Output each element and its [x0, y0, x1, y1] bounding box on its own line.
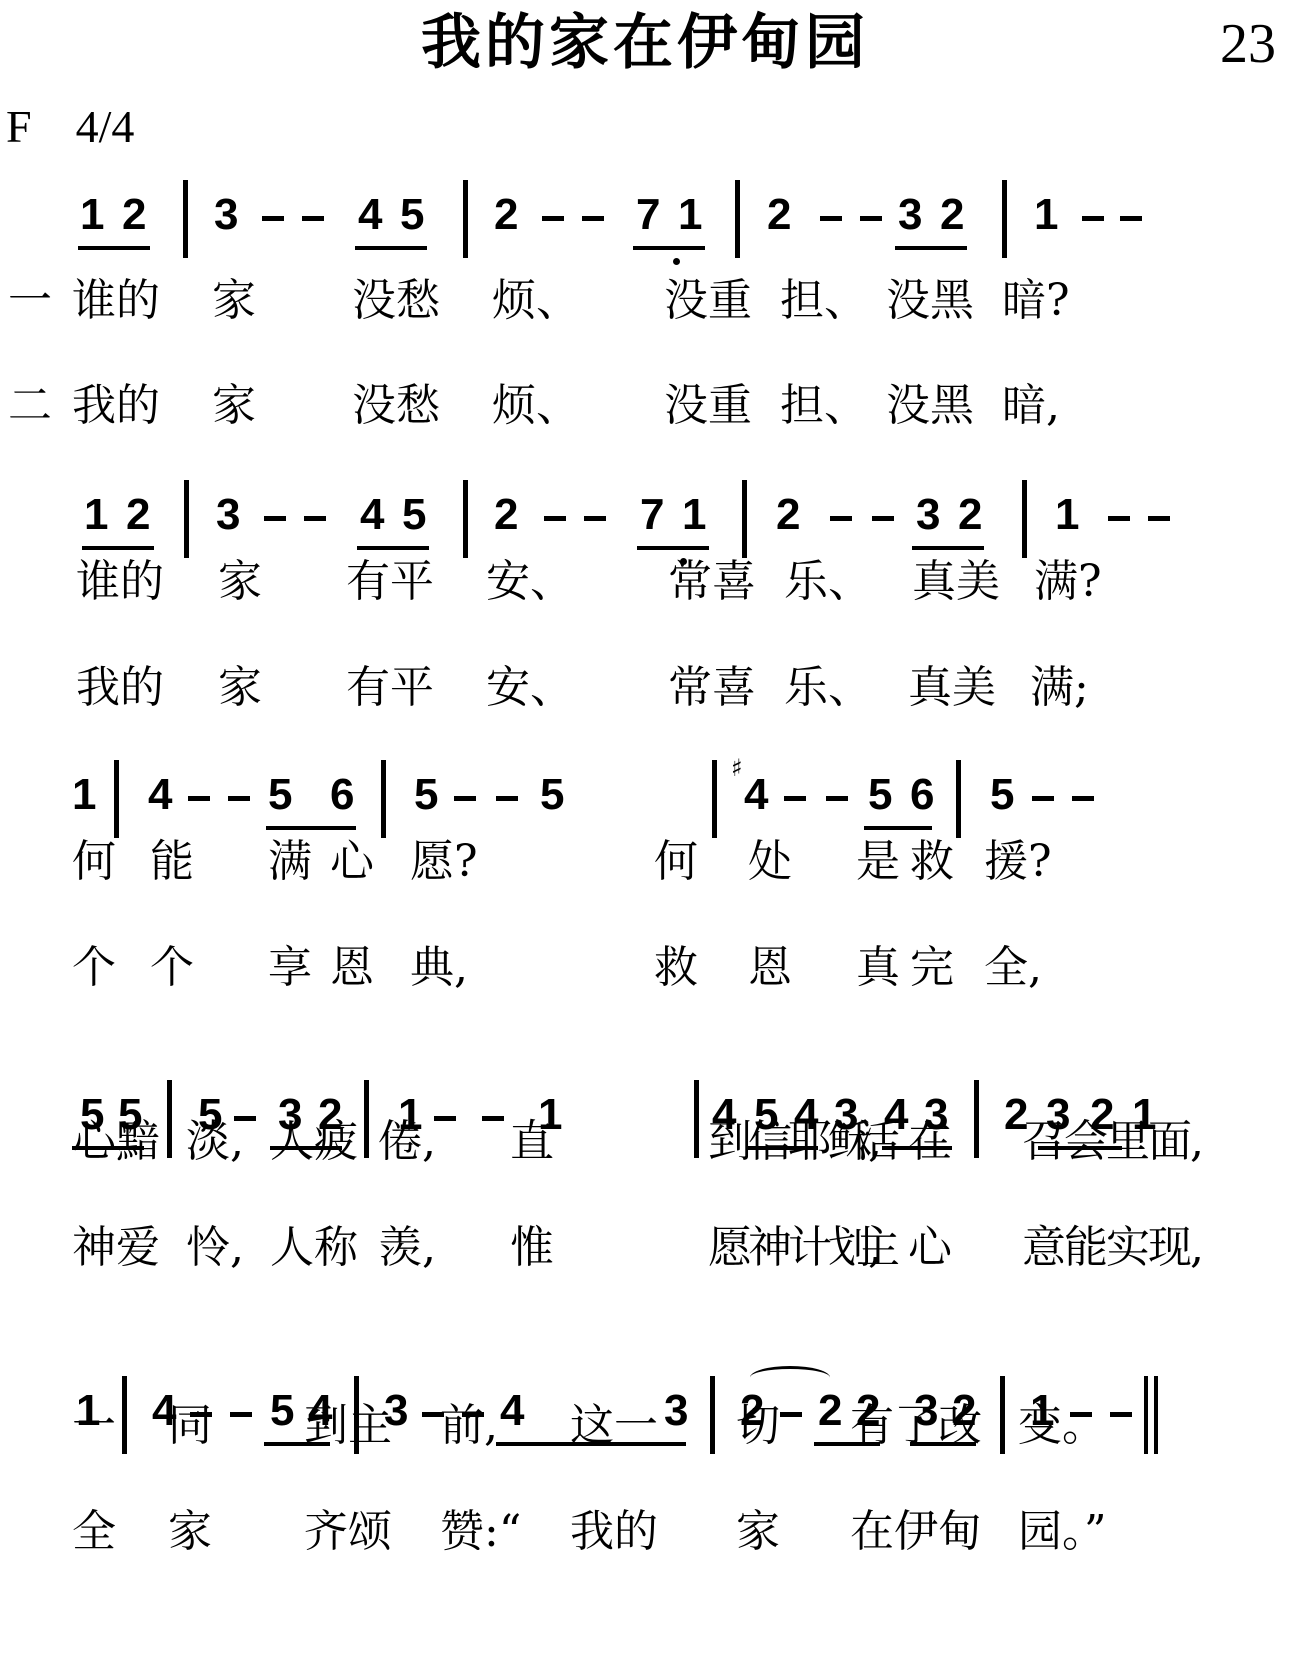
lyric: 淡,	[186, 1116, 244, 1168]
barline	[712, 760, 717, 838]
lyric: 完	[910, 942, 954, 994]
lyrics-verse-1-line-2: 谁的 家 有平 安、 常喜 乐、 真美 满?	[0, 556, 1290, 616]
lyric: 没愁	[352, 275, 440, 327]
sharp-icon: ♯	[731, 754, 743, 782]
beam	[864, 826, 932, 830]
lyric: 家	[218, 662, 262, 714]
lyric: 满	[268, 836, 312, 888]
lyrics-verse-2-line-5: 全 家 齐颂 赞:“ 我的 家 在伊甸 园。”	[0, 1506, 1290, 1566]
lyrics-verse-2-line-2: 我的 家 有平 安、 常喜 乐、 真美 满;	[0, 662, 1290, 722]
lyric: 是	[856, 836, 900, 888]
note: 3	[916, 490, 940, 540]
barline	[183, 180, 188, 258]
lyric: 担、	[780, 380, 868, 432]
lyric: 家	[212, 380, 256, 432]
lyric: 救	[654, 942, 698, 994]
note: 6	[330, 770, 354, 820]
lyric: 真美	[912, 556, 1000, 608]
lyric: 有了改	[850, 1400, 982, 1452]
lyric: 我的	[76, 662, 164, 714]
dash	[304, 516, 326, 521]
note: 3	[216, 490, 240, 540]
lyric: 没重	[664, 380, 752, 432]
note: 4	[358, 190, 382, 240]
lyric: 全	[72, 1506, 116, 1558]
dash	[1120, 216, 1142, 221]
lyrics-verse-1-line-5: 一 同 到主 前, 这一 切 有了改 变。	[0, 1400, 1290, 1460]
lyric: 家	[736, 1506, 780, 1558]
note: 5	[540, 770, 564, 820]
notation-row-1: 1 2 3 4 5 2 7 1 2 3 2 1	[0, 190, 1290, 270]
note: 2	[494, 190, 518, 240]
lyric: 活	[856, 1116, 900, 1168]
lyric: 何	[72, 836, 116, 888]
lyrics-verse-2-line-1: 二 我的 家 没愁 烦、 没重 担、 没黑 暗,	[0, 380, 1290, 440]
lyric: 真美	[908, 662, 996, 714]
dash	[584, 516, 606, 521]
dash	[302, 216, 324, 221]
note: 4	[360, 490, 384, 540]
lyrics-verse-1-line-3: 何 能 满 心 愿? 何 处 是 救 援?	[0, 836, 1290, 896]
lyric: 乐、	[784, 662, 872, 714]
lyric: 这一	[570, 1400, 658, 1452]
lyric: 真	[856, 942, 900, 994]
lyric: 心黯	[72, 1116, 160, 1168]
lyric: 安、	[486, 662, 574, 714]
dash	[228, 796, 250, 801]
dash	[820, 216, 842, 221]
note: 1	[72, 770, 96, 820]
lyric: 同	[168, 1400, 212, 1452]
dash	[264, 516, 286, 521]
lyric: 全,	[984, 942, 1042, 994]
note: 1	[682, 490, 706, 540]
lyric: 满;	[1030, 662, 1089, 714]
dash	[582, 216, 604, 221]
lyric: 主	[856, 1222, 900, 1274]
dash	[1032, 796, 1054, 801]
note: 1	[1034, 190, 1058, 240]
beam	[637, 546, 709, 550]
dash	[262, 216, 284, 221]
lyric: 心	[908, 1222, 952, 1274]
lyric: 援?	[984, 836, 1052, 888]
lyric: 没黑	[886, 380, 974, 432]
lyric: 个	[72, 942, 116, 994]
beam	[895, 246, 967, 250]
note: 3	[214, 190, 238, 240]
lyric: 恩	[748, 942, 792, 994]
barline	[956, 760, 961, 838]
lyric: 谁的	[72, 275, 160, 327]
dash	[1148, 516, 1170, 521]
verse-number: 一	[8, 275, 52, 327]
verse-number: 二	[8, 380, 52, 432]
note: 1	[80, 190, 104, 240]
note: 7	[636, 190, 660, 240]
note: 2	[767, 190, 791, 240]
lyric: 园。”	[1018, 1506, 1107, 1558]
barline	[381, 760, 386, 838]
barline	[1022, 480, 1027, 558]
dash	[1082, 216, 1104, 221]
lyric: 烦、	[492, 275, 580, 327]
lyric: 何	[654, 836, 698, 888]
lyric: 享	[268, 942, 312, 994]
lyric: 羡,	[378, 1222, 436, 1274]
beam	[912, 546, 984, 550]
lyric: 乐、	[784, 556, 872, 608]
lyric: 倦,	[378, 1116, 436, 1168]
lyrics-verse-2-line-3: 个 个 享 恩 典, 救 恩 真 完 全,	[0, 942, 1290, 1002]
note: 5	[414, 770, 438, 820]
lyric: 能	[150, 836, 194, 888]
note: 4	[148, 770, 172, 820]
lyric: 谁的	[76, 556, 164, 608]
lyric: 没黑	[886, 275, 974, 327]
lyric: 典,	[410, 942, 468, 994]
note: 2	[940, 190, 964, 240]
dash	[454, 796, 476, 801]
key: F	[6, 101, 32, 152]
lyric: 意能实现,	[1022, 1222, 1202, 1274]
lyric: 家	[218, 556, 262, 608]
barline	[114, 760, 119, 838]
lyric: 心	[330, 836, 374, 888]
time-signature: 4/4	[76, 101, 135, 152]
lyrics-verse-2-line-4: 神爱 怜, 人称 羡, 惟 愿神计划, 主 心 意能实现,	[0, 1222, 1290, 1282]
note: 5	[990, 770, 1014, 820]
lyric: 暗,	[1002, 380, 1060, 432]
lyric: 我的	[570, 1506, 658, 1558]
lyric: 没重	[664, 275, 752, 327]
dash	[860, 216, 882, 221]
dash	[872, 516, 894, 521]
lyric: 到信耶稣,	[708, 1116, 878, 1168]
beam	[82, 546, 154, 550]
dash	[542, 216, 564, 221]
low-octave-dot	[673, 258, 680, 265]
lyric: 有平	[346, 556, 434, 608]
barline	[1002, 180, 1007, 258]
lyric: 赞:“	[440, 1506, 521, 1558]
note: 1	[1055, 490, 1079, 540]
lyric: 切	[736, 1400, 780, 1452]
lyric: 人称	[270, 1222, 358, 1274]
key-signature: F4/4	[6, 100, 178, 154]
lyric: 变。	[1018, 1400, 1106, 1452]
lyric: 我的	[72, 380, 160, 432]
barline	[742, 480, 747, 558]
barline	[463, 480, 468, 558]
barline	[735, 180, 740, 258]
lyric: 有平	[346, 662, 434, 714]
lyric: 到主	[304, 1400, 392, 1452]
dash	[1108, 516, 1130, 521]
note: 2	[776, 490, 800, 540]
lyric: 直	[510, 1116, 554, 1168]
dash	[1072, 796, 1094, 801]
note: 5	[868, 770, 892, 820]
lyric: 家	[168, 1506, 212, 1558]
note: 2	[958, 490, 982, 540]
barline	[463, 180, 468, 258]
dash	[496, 796, 518, 801]
song-title: 我的家在伊甸园	[0, 8, 1290, 78]
lyric: 在	[908, 1116, 952, 1168]
lyric: 一	[72, 1400, 116, 1452]
lyric: 怜,	[186, 1222, 244, 1274]
lyric: 惟	[510, 1222, 554, 1274]
note: 2	[122, 190, 146, 240]
page-number: 23	[1220, 14, 1276, 74]
lyric: 救	[910, 836, 954, 888]
lyrics-verse-1-line-4: 心黯 淡, 人疲 倦, 直 到信耶稣, 活 在 召会里面,	[0, 1116, 1290, 1176]
dash	[188, 796, 210, 801]
lyric: 齐颂	[304, 1506, 392, 1558]
beam	[357, 546, 429, 550]
lyric: 满?	[1034, 556, 1102, 608]
dash	[830, 516, 852, 521]
beam	[78, 246, 150, 250]
note: 7	[640, 490, 664, 540]
lyric: 处	[748, 836, 792, 888]
lyric: 常喜	[668, 662, 756, 714]
dash	[826, 796, 848, 801]
lyric: 人疲	[270, 1116, 358, 1168]
note: 3	[898, 190, 922, 240]
lyric: 愿?	[410, 836, 478, 888]
lyric: 家	[212, 275, 256, 327]
dash	[784, 796, 806, 801]
lyric: 前,	[440, 1400, 498, 1452]
beam	[266, 826, 356, 830]
lyric: 个	[150, 942, 194, 994]
beam	[355, 246, 427, 250]
lyric: 常喜	[668, 556, 756, 608]
beam	[633, 246, 705, 250]
lyrics-verse-1-line-1: 一 谁的 家 没愁 烦、 没重 担、 没黑 暗?	[0, 275, 1290, 335]
barline	[184, 480, 189, 558]
lyric: 召会里面,	[1022, 1116, 1202, 1168]
note: 5	[268, 770, 292, 820]
note: 2	[494, 490, 518, 540]
lyric: 恩	[330, 942, 374, 994]
note: 4	[744, 770, 768, 820]
lyric: 神爱	[72, 1222, 160, 1274]
lyric: 没愁	[352, 380, 440, 432]
note: 6	[910, 770, 934, 820]
lyric: 在伊甸	[850, 1506, 982, 1558]
note: 1	[84, 490, 108, 540]
note: 5	[402, 490, 426, 540]
note: 1	[678, 190, 702, 240]
lyric: 愿神计划,	[708, 1222, 878, 1274]
lyric: 暗?	[1002, 275, 1070, 327]
lyric: 烦、	[492, 380, 580, 432]
note: 2	[126, 490, 150, 540]
lyric: 安、	[486, 556, 574, 608]
dash	[544, 516, 566, 521]
lyric: 担、	[780, 275, 868, 327]
note: 5	[400, 190, 424, 240]
